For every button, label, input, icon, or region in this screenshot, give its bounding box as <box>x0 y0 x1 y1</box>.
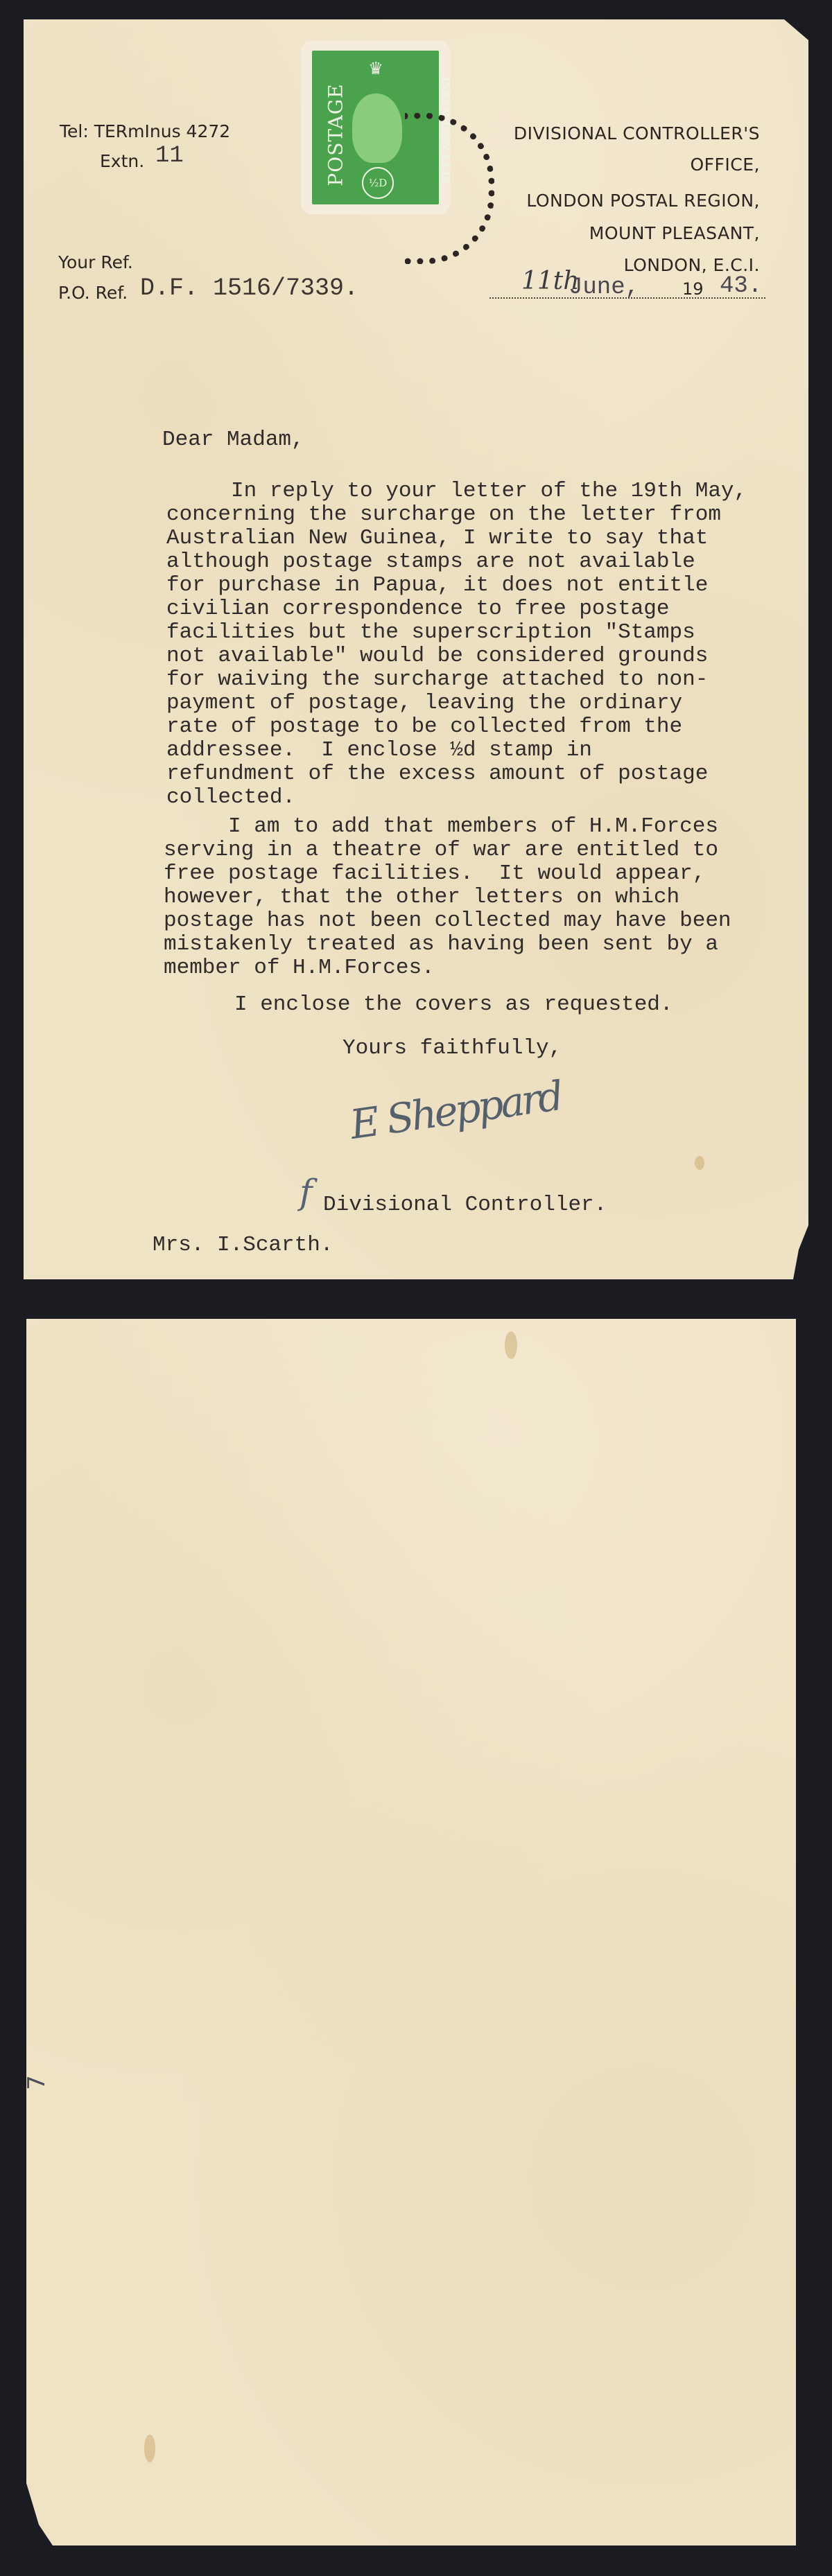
enclosure-line: I enclose the covers as requested. <box>234 993 673 1017</box>
office-line: LONDON POSTAL REGION, <box>526 191 760 211</box>
po-ref-value: D.F. 1516/7339. <box>140 274 358 302</box>
office-line: DIVISIONAL CONTROLLER'S <box>514 123 760 143</box>
letter-reverse-page <box>26 1319 796 2546</box>
signer-title: Divisional Controller. <box>323 1193 607 1217</box>
your-ref-label: Your Ref. <box>58 252 133 272</box>
date-century: 19 <box>682 279 704 299</box>
salutation: Dear Madam, <box>162 428 304 452</box>
office-line: OFFICE, <box>690 155 760 175</box>
closing: Yours faithfully, <box>343 1037 562 1060</box>
handwritten-signature: E Sheppard <box>347 1072 564 1148</box>
office-line: LONDON, E.C.I. <box>624 255 760 275</box>
paper-stain <box>144 2435 155 2462</box>
body-paragraph: In reply to your letter of the 19th May,… <box>166 480 747 809</box>
per-pro-mark: f <box>300 1172 313 1212</box>
pencil-annotation: 7 <box>23 2075 51 2090</box>
body-paragraph: I am to add that members of H.M.Forces s… <box>164 815 731 980</box>
telephone-number: Tel: TERmInus 4272 <box>60 121 230 141</box>
po-ref-label: P.O. Ref. <box>58 283 128 303</box>
date-year: 43. <box>720 273 762 299</box>
postmark-seal-icon <box>405 113 494 264</box>
extension-value: 11 <box>155 143 184 169</box>
letter-front-page: Tel: TERmInus 4272 Extn. 11 Your Ref. P.… <box>24 19 808 1279</box>
date-month: June, <box>569 274 639 301</box>
extension-label: Extn. <box>100 151 144 171</box>
paper-stain <box>695 1156 704 1170</box>
stamp-postage-text: POSTAGE <box>324 83 347 186</box>
stamp-value: ½D <box>362 167 394 199</box>
recipient-name: Mrs. I.Scarth. <box>153 1234 333 1257</box>
king-portrait-icon <box>352 94 402 163</box>
office-line: MOUNT PLEASANT, <box>589 223 760 243</box>
paper-stain <box>505 1331 517 1359</box>
crown-icon: ♛ <box>358 59 394 80</box>
